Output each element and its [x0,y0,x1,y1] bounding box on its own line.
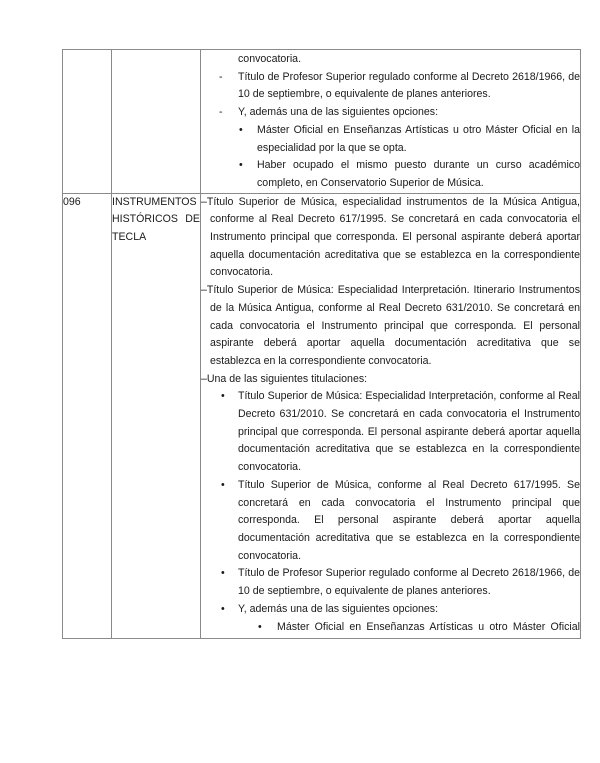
table-row: 096 INSTRUMENTOS HISTÓRICOS DE TECLA –Tí… [63,193,581,638]
name-cell: INSTRUMENTOS HISTÓRICOS DE TECLA [112,193,201,638]
list-item: • Y, además una de las siguientes opcion… [201,601,580,619]
table-row: convocatoria. - Título de Profesor Super… [63,50,581,194]
dash-marker: - [219,104,223,122]
list-item: –Una de las siguientes titulaciones: [201,371,580,389]
dash-marker: - [219,69,223,87]
list-item: • Haber ocupado el mismo puesto durante … [201,157,580,192]
list-item: • Máster Oficial en Enseñanzas Artística… [201,619,580,637]
list-item: - Título de Profesor Superior regulado c… [201,69,580,104]
bullet-icon: • [221,477,225,495]
requirements-cell: –Título Superior de Música, especialidad… [201,193,581,638]
specialties-table: convocatoria. - Título de Profesor Super… [62,49,581,639]
list-item: • Máster Oficial en Enseñanzas Artística… [201,122,580,157]
name-cell [112,50,201,194]
list-item: • Título de Profesor Superior regulado c… [201,565,580,600]
bullet-icon: • [221,601,225,619]
list-item: • Título Superior de Música, conforme al… [201,477,580,566]
bullet-icon: • [221,388,225,406]
bullet-icon: • [239,122,243,140]
bullet-icon: • [258,619,262,637]
list-item: - Y, además una de las siguientes opcion… [201,104,580,122]
requirements-cell: convocatoria. - Título de Profesor Super… [201,50,581,194]
document-page: convocatoria. - Título de Profesor Super… [0,0,600,763]
code-cell [63,50,112,194]
list-item: • Título Superior de Música: Especialida… [201,388,580,477]
continuation-text: convocatoria. [201,51,580,69]
code-cell: 096 [63,193,112,638]
bullet-icon: • [221,565,225,583]
bullet-icon: • [239,157,243,175]
list-item: –Título Superior de Música: Especialidad… [201,282,580,371]
list-item: –Título Superior de Música, especialidad… [201,194,580,283]
